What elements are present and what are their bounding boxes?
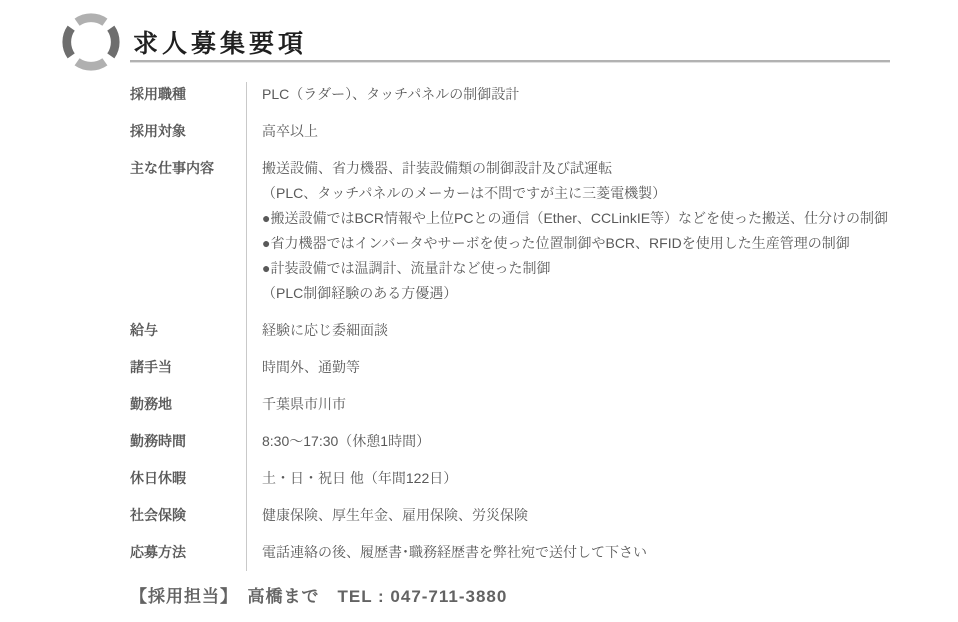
job-posting-page: 求人募集要項 採用職種 PLC（ラダー）、タッチパネルの制御設計 採用対象 高卒… <box>0 0 958 622</box>
row-label: 勤務地 <box>130 392 246 417</box>
row-value: 搬送設備、省力機器、計装設備類の制御設計及び試運転（PLC、タッチパネルのメーカ… <box>246 156 940 306</box>
row-label: 給与 <box>130 318 246 343</box>
value-line: 土・日・祝日 他（年間122日） <box>262 466 940 491</box>
row-value: 高卒以上 <box>246 119 940 144</box>
page-title: 求人募集要項 <box>133 24 307 60</box>
row-label: 採用対象 <box>130 119 246 144</box>
row-label: 勤務時間 <box>130 429 246 454</box>
value-line: 8:30～17:30（休憩1時間） <box>262 429 940 454</box>
row-value: 8:30～17:30（休憩1時間） <box>246 429 940 454</box>
value-line: ●搬送設備ではBCR情報や上位PCとの通信（Ether、CCLinkIE等）など… <box>262 206 940 231</box>
table-row: 勤務時間 8:30～17:30（休憩1時間） <box>130 429 940 454</box>
table-row: 諸手当 時間外、通勤等 <box>130 355 940 380</box>
value-line: PLC（ラダー）、タッチパネルの制御設計 <box>262 82 940 107</box>
row-label: 応募方法 <box>130 540 246 565</box>
value-line: 搬送設備、省力機器、計装設備類の制御設計及び試運転 <box>262 156 940 181</box>
row-label: 諸手当 <box>130 355 246 380</box>
ring-segments-icon <box>62 13 120 71</box>
value-line: 千葉県市川市 <box>262 392 940 417</box>
header-rule <box>130 60 890 63</box>
row-value: 健康保険、厚生年金、雇用保険、労災保険 <box>246 503 940 528</box>
job-spec-table: 採用職種 PLC（ラダー）、タッチパネルの制御設計 採用対象 高卒以上 主な仕事… <box>130 82 940 577</box>
row-value: 経験に応じ委細面談 <box>246 318 940 343</box>
value-line: 経験に応じ委細面談 <box>262 318 940 343</box>
row-value: PLC（ラダー）、タッチパネルの制御設計 <box>246 82 940 107</box>
row-value: 千葉県市川市 <box>246 392 940 417</box>
row-value: 土・日・祝日 他（年間122日） <box>246 466 940 491</box>
value-line: 高卒以上 <box>262 119 940 144</box>
table-row: 社会保険 健康保険、厚生年金、雇用保険、労災保険 <box>130 503 940 528</box>
table-row: 採用対象 高卒以上 <box>130 119 940 144</box>
value-line: （PLC、タッチパネルのメーカーは不問ですが主に三菱電機製） <box>262 181 940 206</box>
table-row: 勤務地 千葉県市川市 <box>130 392 940 417</box>
table-row: 休日休暇 土・日・祝日 他（年間122日） <box>130 466 940 491</box>
row-value: 時間外、通勤等 <box>246 355 940 380</box>
value-line: 時間外、通勤等 <box>262 355 940 380</box>
table-row: 応募方法 電話連絡の後、履歴書･職務経歴書を弊社宛で送付して下さい <box>130 540 940 565</box>
row-label: 社会保険 <box>130 503 246 528</box>
value-line: ●計装設備では温調計、流量計など使った制御 <box>262 256 940 281</box>
value-line: 電話連絡の後、履歴書･職務経歴書を弊社宛で送付して下さい <box>262 540 940 565</box>
table-row: 主な仕事内容 搬送設備、省力機器、計装設備類の制御設計及び試運転（PLC、タッチ… <box>130 156 940 306</box>
row-label: 休日休暇 <box>130 466 246 491</box>
value-line: ●省力機器ではインバータやサーボを使った位置制御やBCR、RFIDを使用した生産… <box>262 231 940 256</box>
table-row: 給与 経験に応じ委細面談 <box>130 318 940 343</box>
value-line: （PLC制御経験のある方優遇） <box>262 281 940 306</box>
value-line: 健康保険、厚生年金、雇用保険、労災保険 <box>262 503 940 528</box>
recruiting-contact: 【採用担当】 高橋まで TEL : 047-711-3880 <box>130 582 507 607</box>
table-row: 採用職種 PLC（ラダー）、タッチパネルの制御設計 <box>130 82 940 107</box>
row-label: 採用職種 <box>130 82 246 107</box>
row-value: 電話連絡の後、履歴書･職務経歴書を弊社宛で送付して下さい <box>246 540 940 565</box>
row-label: 主な仕事内容 <box>130 156 246 181</box>
